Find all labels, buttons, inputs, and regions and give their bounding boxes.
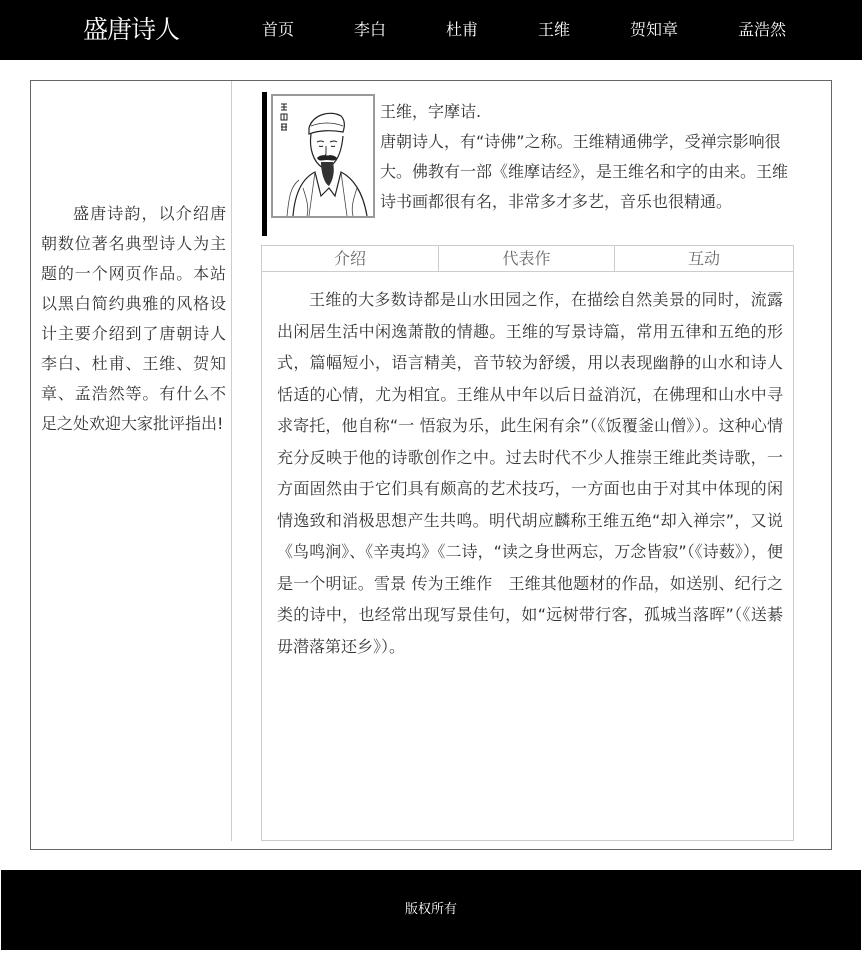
- site-footer: 版权所有: [1, 870, 861, 950]
- site-header: 盛唐诗人 首页 李白 杜甫 王维 贺知章 孟浩然: [0, 0, 862, 60]
- tab-content-text: 王维的大多数诗都是山水田园之作，在描绘自然美景的同时，流露出闲居生活中闲逸萧散的…: [277, 284, 783, 662]
- nav-he-zhizhang[interactable]: 贺知章: [630, 18, 678, 42]
- poet-portrait: [271, 94, 375, 218]
- sidebar-description: 盛唐诗韵，以介绍唐朝数位著名典型诗人为主题的一个网页作品。本站以黑白简约典雅的风…: [41, 199, 226, 439]
- portrait-illustration-icon: [273, 96, 373, 216]
- poet-bio: 唐朝诗人，有“诗佛”之称。王维精通佛学，受禅宗影响很大。佛教有一部《维摩诘经》，…: [380, 127, 790, 217]
- accent-bar: [262, 92, 267, 236]
- poet-intro: 王维，字摩诘. 唐朝诗人，有“诗佛”之称。王维精通佛学，受禅宗影响很大。佛教有一…: [262, 92, 802, 236]
- poet-name-line: 王维，字摩诘.: [380, 97, 790, 127]
- tab-representative-works[interactable]: 代表作: [438, 246, 614, 271]
- nav-du-fu[interactable]: 杜甫: [446, 18, 478, 42]
- main-container: 盛唐诗韵，以介绍唐朝数位著名典型诗人为主题的一个网页作品。本站以黑白简约典雅的风…: [30, 80, 832, 850]
- tab-bar: 介绍 代表作 互动: [262, 246, 793, 272]
- sidebar: 盛唐诗韵，以介绍唐朝数位著名典型诗人为主题的一个网页作品。本站以黑白简约典雅的风…: [31, 81, 232, 841]
- tab-panel: 介绍 代表作 互动 王维的大多数诗都是山水田园之作，在描绘自然美景的同时，流露出…: [261, 245, 794, 841]
- site-logo[interactable]: 盛唐诗人: [70, 13, 192, 47]
- copyright-text: 版权所有: [1, 898, 861, 922]
- nav-li-bai[interactable]: 李白: [354, 18, 386, 42]
- tab-interaction[interactable]: 互动: [614, 246, 793, 271]
- poet-summary: 王维，字摩诘. 唐朝诗人，有“诗佛”之称。王维精通佛学，受禅宗影响很大。佛教有一…: [380, 97, 790, 217]
- tab-intro[interactable]: 介绍: [262, 246, 438, 271]
- nav-meng-haoran[interactable]: 孟浩然: [738, 18, 786, 42]
- nav-home[interactable]: 首页: [262, 18, 294, 42]
- nav-wang-wei[interactable]: 王维: [538, 18, 570, 42]
